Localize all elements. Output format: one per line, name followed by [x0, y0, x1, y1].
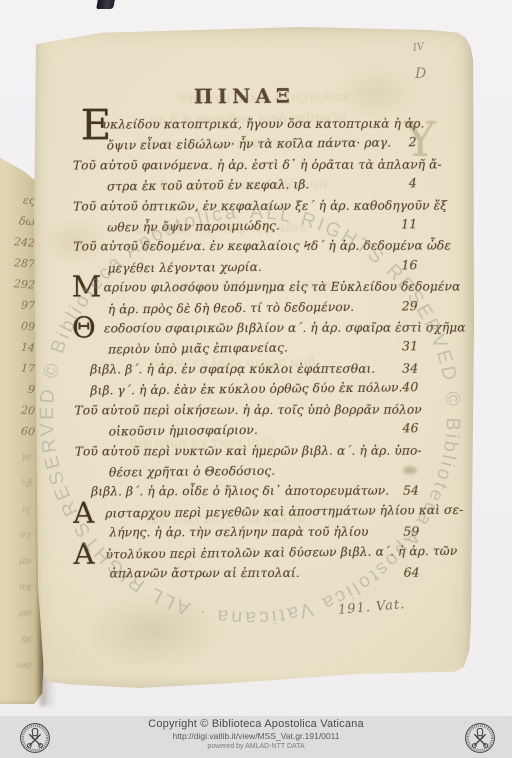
entry-text: θέσει χρῆται ὁ Θεοδόσιος. [109, 464, 275, 480]
powered-by-line: powered by AMLAD-NTT DATA [0, 742, 512, 751]
entry-text: ὄψιν εἶναι εἰδώλων· ἦν τὰ κοῖλα πάντα· ρ… [107, 136, 392, 153]
edge-page-number: 242 [14, 235, 36, 249]
manuscript-line: βιβ. γ΄. ἡ ἀρ. ἐὰν ἐκ κύκλου ὀρθῶς δύο ἐ… [74, 377, 418, 401]
entry-page-number: 40 [402, 377, 418, 398]
entries-list: Ευκλείδου κατοπτρικά, ἤγουν ὅσα κατοπτρι… [72, 113, 419, 585]
edge-faint-mark: ϟβ [19, 477, 32, 489]
entry-text: ὐτολύκου περὶ ἐπιτολῶν καὶ δύσεων βιβλ. … [105, 543, 457, 561]
edge-faint-mark: ρσ [19, 607, 33, 619]
entry-page-number: 64 [404, 562, 420, 582]
entry-page-number: 34 [402, 358, 418, 378]
edge-page-number: δω [19, 214, 35, 228]
manuscript-line: ωθεν ἦν ὄψιν παροιμιώδης.11 [73, 214, 417, 238]
manuscript-line: Τοῦ αὐτοῦ δεδομένα. ἐν κεφαλαίοις Ϟδ΄ ἡ … [73, 236, 417, 257]
entry-page-number: 16 [401, 255, 417, 276]
edge-faint-mark: ντ [20, 529, 33, 541]
entry-text: αρίνου φιλοσόφου ὑπόμνημα εἰς τὰ Εὐκλείδ… [104, 280, 461, 295]
smudged-page-number [403, 466, 417, 474]
shelfmark-note: 191. Vat. [337, 597, 405, 618]
edge-faint-mark: ωσ [16, 659, 32, 672]
manuscript-line: βιβλ. β΄. ἡ ἀρ. ἐν σφαίρᾳ κύκλοι ἐφάπτεσ… [74, 358, 418, 379]
manuscript-line: Θεοδοσίου σφαιρικῶν βιβλίον α΄. ἡ ἀρ. σφ… [74, 318, 418, 339]
folio-letter: D [415, 66, 426, 82]
entry-text: ἀπλανῶν ἄστρων αἱ ἐπιτολαί. [110, 566, 300, 580]
manuscript-line: Τοῦ αὐτοῦ περὶ οἰκήσεων. ἡ ἀρ. τοῖς ὑπὸ … [75, 399, 419, 420]
table-of-contents: ΠΙΝΑΞ Ευκλείδου κατοπτρικά, ἤγουν ὅσα κα… [72, 83, 419, 585]
manuscript-line: ὄψιν εἶναι εἰδώλων· ἦν τὰ κοῖλα πάντα· ρ… [73, 133, 417, 157]
entry-page-number: 2 [409, 133, 417, 153]
manuscript-line: Αὐτολύκου περὶ ἐπιτολῶν καὶ δύσεων βιβλ.… [75, 541, 419, 565]
manuscript-line: θέσει χρῆται ὁ Θεοδόσιος. [75, 459, 419, 483]
entry-text: Τοῦ αὐτοῦ φαινόμενα. ἡ ἀρ. ἐστὶ δ᾽ ἡ ὁρᾶ… [73, 157, 442, 172]
entry-text: λήνης. ἡ ἀρ. τὴν σελήνην παρὰ τοῦ ἡλίου [109, 525, 368, 540]
entry-text: Τοῦ αὐτοῦ περὶ οἰκήσεων. ἡ ἀρ. τοῖς ὑπὸ … [75, 402, 422, 417]
entry-text: βιβ. γ΄. ἡ ἀρ. ἐὰν ἐκ κύκλου ὀρθῶς δύο ἐ… [90, 381, 402, 398]
entry-text: βιβλ. β΄. ἡ ἀρ. ἐν σφαίρᾳ κύκλοι ἐφάπτεσ… [90, 362, 375, 377]
entry-text: εοδοσίου σφαιρικῶν βιβλίον α΄. ἡ ἀρ. σφα… [104, 320, 466, 335]
entry-text: Τοῦ αὐτοῦ ὀπτικῶν, ἐν κεφαλαίων ξε΄ ἡ ἀρ… [73, 198, 447, 213]
illuminated-initial: Μ [72, 273, 102, 302]
entry-page-number: 4 [409, 173, 417, 193]
entry-text: ωθεν ἦν ὄψιν παροιμιώδης. [107, 219, 280, 235]
edge-faint-mark: ακ [18, 581, 32, 593]
edge-page-number: 292 [14, 277, 36, 291]
edge-page-number: 60 [21, 425, 36, 439]
copyright-line: Copyright © Biblioteca Apostolica Vatica… [0, 718, 512, 731]
edge-faint-mark: μν [19, 555, 33, 567]
manuscript-line: ἀπλανῶν ἄστρων αἱ ἐπιτολαί.64 [76, 562, 420, 583]
manuscript-line: περιὸν ὑπὸ μιᾶς ἐπιφανείας.31 [74, 337, 418, 361]
source-url[interactable]: http://digi.vatlib.it/view/MSS_Vat.gr.19… [0, 731, 512, 742]
entry-page-number: 11 [401, 214, 417, 235]
edge-page-number: 97 [21, 299, 36, 313]
edge-page-number: 17 [21, 362, 36, 376]
entry-text: ρισταρχου περὶ μεγεθῶν καὶ ἀποστημάτων ἡ… [105, 502, 463, 520]
manuscript-line: βιβλ. β΄. ἡ ἀρ. οἶδε ὁ ἥλιος δι᾽ ἀποτορε… [75, 481, 419, 502]
edge-faint-mark: ηε [20, 633, 32, 645]
manuscript-line: ἡ ἀρ. πρὸς δὲ δὴ θεοδ. τί τὸ δεδομένον.2… [74, 296, 418, 320]
manuscript-page: ϰαθοπℓριχα ηγσω οσι ϰαθπζραθην όσοι ϰαθο… [30, 26, 474, 698]
manuscript-line: Τοῦ αὐτοῦ φαινόμενα. ἡ ἀρ. ἐστὶ δ᾽ ἡ ὁρᾶ… [73, 154, 417, 175]
entry-text: οἰκοῦσιν ἡμιοσφαίριον. [109, 423, 258, 439]
manuscript-line: λήνης. ἡ ἀρ. τὴν σελήνην παρὰ τοῦ ἡλίου5… [75, 522, 419, 543]
pinax-title: ΠΙΝΑΞ [72, 83, 416, 109]
manuscript-line: Μαρίνου φιλοσόφου ὑπόμνημα εἰς τὰ Εὐκλεί… [74, 277, 418, 298]
entry-text: ἡ ἀρ. πρὸς δὲ δὴ θεοδ. τί τὸ δεδομένον. [108, 300, 355, 317]
manuscript-line: Τοῦ αὐτοῦ ὀπτικῶν, ἐν κεφαλαίων ξε΄ ἡ ἀρ… [73, 195, 417, 216]
vatican-library-seal-icon [464, 722, 496, 754]
entry-text: μεγέθει λέγονται χωρία. [107, 260, 262, 276]
manuscript-line: Ευκλείδου κατοπτρικά, ἤγουν ὅσα κατοπτρι… [73, 114, 417, 135]
entry-page-number: 29 [402, 296, 418, 317]
entry-text: υκλείδου κατοπτρικά, ἤγουν ὅσα κατοπτρικ… [103, 117, 425, 132]
entry-page-number: 54 [403, 481, 419, 501]
manuscript-line: Τοῦ αὐτοῦ περὶ νυκτῶν καὶ ἡμερῶν βιβλ. α… [75, 440, 419, 461]
manuscript-line: Αρισταρχου περὶ μεγεθῶν καὶ ἀποστημάτων … [75, 500, 419, 524]
edge-page-number: ες [22, 194, 35, 208]
edge-page-number: 287 [14, 256, 36, 270]
entry-page-number: 59 [403, 522, 419, 542]
footer-attribution: Copyright © Biblioteca Apostolica Vatica… [0, 718, 512, 751]
illuminated-initial: Θ [72, 313, 96, 342]
manuscript-line: οἰκοῦσιν ἡμιοσφαίριον.46 [75, 418, 419, 442]
entry-text: περιὸν ὑπὸ μιᾶς ἐπιφανείας. [108, 341, 288, 357]
folio-numeral: IV [412, 41, 425, 53]
entry-text: Τοῦ αὐτοῦ δεδομένα. ἐν κεφαλαίοις Ϟδ΄ ἡ … [73, 239, 451, 254]
entry-page-number: 46 [402, 418, 418, 439]
manuscript-line: μεγέθει λέγονται χωρία.16 [73, 255, 417, 279]
entry-text: βιβλ. β΄. ἡ ἀρ. οἶδε ὁ ἥλιος δι᾽ ἀποτορε… [91, 484, 389, 499]
book-clamp-notch [96, 0, 115, 9]
manuscript-line: στρα ἐκ τοῦ αὐτοῦ ἐν κεφαλ. ιβ.4 [73, 173, 417, 197]
edge-faint-mark: ις [22, 504, 33, 516]
edge-page-number: 9 [28, 383, 36, 396]
entry-text: στρα ἐκ τοῦ αὐτοῦ ἐν κεφαλ. ιβ. [107, 178, 310, 194]
footer-bar: Copyright © Biblioteca Apostolica Vatica… [0, 716, 512, 758]
edge-page-number: 20 [21, 404, 36, 418]
edge-faint-mark: γε [20, 451, 32, 463]
entry-page-number: 31 [402, 337, 418, 358]
edge-page-number: 09 [21, 320, 36, 334]
entry-text: Τοῦ αὐτοῦ περὶ νυκτῶν καὶ ἡμερῶν βιβλ. α… [75, 443, 422, 458]
vatican-library-seal-icon [19, 722, 51, 754]
edge-page-number: 14 [21, 341, 36, 355]
